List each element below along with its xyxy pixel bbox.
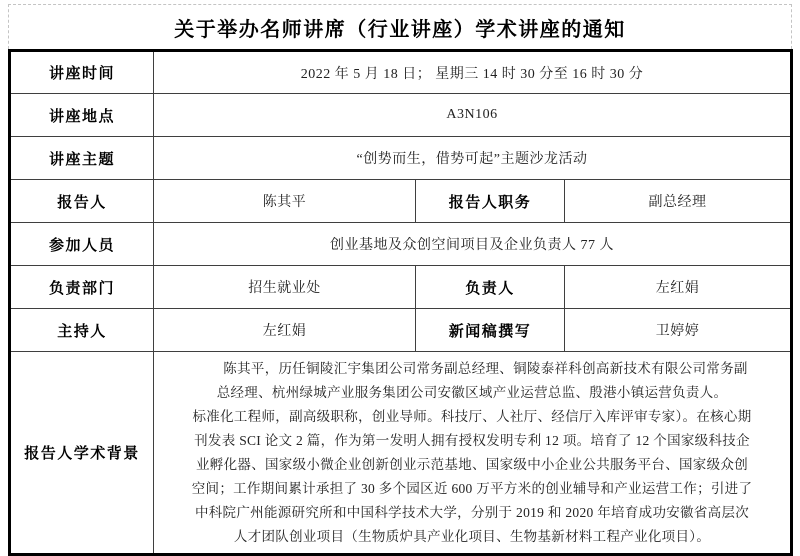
press-release-value: 卫婷婷 bbox=[565, 309, 792, 352]
participants-value: 创业基地及众创空间项目及企业负责人 77 人 bbox=[154, 223, 792, 266]
lecture-time-value: 2022 年 5 月 18 日； 星期三 14 时 30 分至 16 时 30 … bbox=[154, 51, 792, 94]
background-line: 空间；工作期间累计承担了 30 多个园区近 600 万平方米的创业辅导和产业运营… bbox=[163, 477, 781, 501]
lecture-location-label: 讲座地点 bbox=[10, 94, 154, 137]
row-participants: 参加人员 创业基地及众创空间项目及企业负责人 77 人 bbox=[10, 223, 792, 266]
row-speaker: 报告人 陈其平 报告人职务 副总经理 bbox=[10, 180, 792, 223]
row-lecture-topic: 讲座主题 “创势而生，借势可起”主题沙龙活动 bbox=[10, 137, 792, 180]
background-line: 业孵化器、国家级小微企业创新创业示范基地、国家级中小企业公共服务平台、国家级众创 bbox=[163, 453, 781, 477]
lecture-location-value: A3N106 bbox=[154, 94, 792, 137]
notice-table: 讲座时间 2022 年 5 月 18 日； 星期三 14 时 30 分至 16 … bbox=[8, 49, 793, 533]
host-label: 主持人 bbox=[10, 309, 154, 352]
lecture-topic-label: 讲座主题 bbox=[10, 137, 154, 180]
academic-background-label: 报告人学术背景 bbox=[10, 352, 154, 534]
press-release-label: 新闻稿撰写 bbox=[416, 309, 565, 352]
row-host: 主持人 左红娟 新闻稿撰写 卫婷婷 bbox=[10, 309, 792, 352]
speaker-label: 报告人 bbox=[10, 180, 154, 223]
background-line: 中科院广州能源研究所和中国科学技术大学，分别于 2019 和 2020 年培育成… bbox=[163, 501, 781, 525]
speaker-value: 陈其平 bbox=[154, 180, 416, 223]
background-line: 人才团队创业项目（生物质炉具产业化项目、生物基新材料工程产业化项目）。 bbox=[163, 525, 781, 533]
speaker-position-value: 副总经理 bbox=[565, 180, 792, 223]
lecture-time-label: 讲座时间 bbox=[10, 51, 154, 94]
participants-label: 参加人员 bbox=[10, 223, 154, 266]
row-lecture-location: 讲座地点 A3N106 bbox=[10, 94, 792, 137]
responsible-dept-value: 招生就业处 bbox=[154, 266, 416, 309]
notice-sheet: 关于举办名师讲席（行业讲座）学术讲座的通知 讲座时间 2022 年 5 月 18… bbox=[8, 4, 792, 533]
responsible-dept-label: 负责部门 bbox=[10, 266, 154, 309]
background-line: 标准化工程师，副高级职称，创业导师。科技厅、人社厅、经信厅入库评审专家）。在核心… bbox=[163, 405, 781, 429]
speaker-position-label: 报告人职务 bbox=[416, 180, 565, 223]
lecture-topic-value: “创势而生，借势可起”主题沙龙活动 bbox=[154, 137, 792, 180]
document-title: 关于举办名师讲席（行业讲座）学术讲座的通知 bbox=[174, 13, 626, 42]
title-block: 关于举办名师讲席（行业讲座）学术讲座的通知 bbox=[8, 4, 792, 49]
responsible-person-value: 左红娟 bbox=[565, 266, 792, 309]
row-academic-background: 报告人学术背景 陈其平，历任铜陵汇宇集团公司常务副总经理、铜陵泰祥科创高新技术有… bbox=[10, 352, 792, 534]
row-responsible-dept: 负责部门 招生就业处 负责人 左红娟 bbox=[10, 266, 792, 309]
row-lecture-time: 讲座时间 2022 年 5 月 18 日； 星期三 14 时 30 分至 16 … bbox=[10, 51, 792, 94]
responsible-person-label: 负责人 bbox=[416, 266, 565, 309]
background-line: 总经理、杭州绿城产业服务集团公司安徽区域产业运营总监、殷港小镇运营负责人。 bbox=[163, 381, 781, 405]
academic-background-content: 陈其平，历任铜陵汇宇集团公司常务副总经理、铜陵泰祥科创高新技术有限公司常务副 总… bbox=[154, 352, 792, 534]
background-line: 陈其平，历任铜陵汇宇集团公司常务副总经理、铜陵泰祥科创高新技术有限公司常务副 bbox=[163, 357, 781, 381]
background-line: 刊发表 SCI 论文 2 篇，作为第一发明人拥有授权发明专利 12 项。培育了 … bbox=[163, 429, 781, 453]
host-value: 左红娟 bbox=[154, 309, 416, 352]
